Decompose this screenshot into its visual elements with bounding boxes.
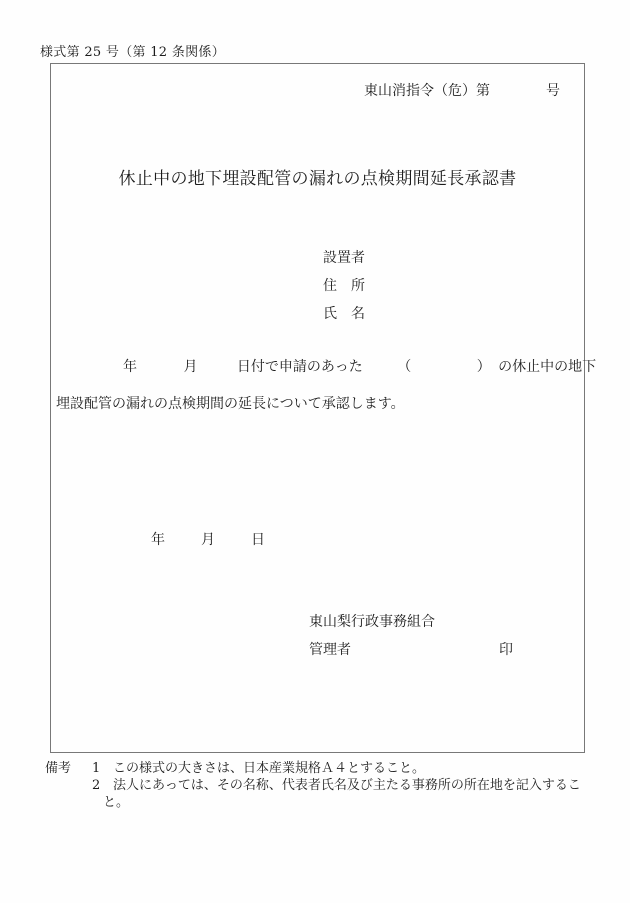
form-border-frame: 東山消指令（危）第号 休止中の地下埋設配管の漏れの点検期間延長承認書 設置者 住… [50,63,585,753]
directive-number-line: 東山消指令（危）第号 [364,80,560,100]
issue-day-label: 日 [251,532,265,548]
paren-open: （ [397,356,411,376]
seal-placeholder: 印 [499,639,513,659]
application-month-label: 月 [183,356,197,376]
recipient-address-label: 住 所 [323,272,365,300]
recipient-installer-label: 設置者 [323,244,365,272]
applied-text: 日付で申請のあった [237,356,363,376]
directive-prefix: 東山消指令（危）第 [364,83,490,99]
remarks-item-1: 1 この様式の大きさは、日本産業規格Ａ４とすること。 [92,760,590,777]
remarks-block: 備考 1 この様式の大きさは、日本産業規格Ａ４とすること。 2 法人にあっては、… [45,760,590,811]
application-year-label: 年 [123,356,137,376]
body-line1-tail: の休止中の地下 [498,356,596,376]
document-page: 様式第 25 号（第 12 条関係） 東山消指令（危）第号 休止中の地下埋設配管… [0,0,630,903]
remarks-item-2: 2 法人にあっては、その名称、代表者氏名及び主たる事務所の所在地を記入すること。 [92,777,590,811]
remarks-list: 1 この様式の大きさは、日本産業規格Ａ４とすること。 2 法人にあっては、その名… [92,760,590,811]
issue-date-line: 年月日 [151,529,265,549]
issuer-organization: 東山梨行政事務組合 [309,611,435,631]
recipient-block: 設置者 住 所 氏 名 [323,244,365,328]
issuer-administrator-label: 管理者 [309,639,351,659]
remarks-item-1-number: 1 [92,760,113,777]
body-paragraph-line2: 埋設配管の漏れの点検期間の延長について承認します。 [56,393,405,413]
recipient-name-label: 氏 名 [323,300,365,328]
remarks-label: 備考 [45,760,92,811]
document-title: 休止中の地下埋設配管の漏れの点検期間延長承認書 [51,164,584,189]
remarks-item-1-text: この様式の大きさは、日本産業規格Ａ４とすること。 [113,760,590,777]
form-number-label: 様式第 25 号（第 12 条関係） [40,41,225,60]
paren-close: ） [477,356,491,376]
remarks-item-2-text: 法人にあっては、その名称、代表者氏名及び主たる事務所の所在地を記入すること。 [103,777,590,811]
directive-suffix: 号 [546,83,560,99]
issue-month-label: 月 [201,532,215,548]
body-paragraph-line1: 年 月 日付で申請のあった （ ） の休止中の地下 [51,356,596,376]
issue-year-label: 年 [151,532,165,548]
